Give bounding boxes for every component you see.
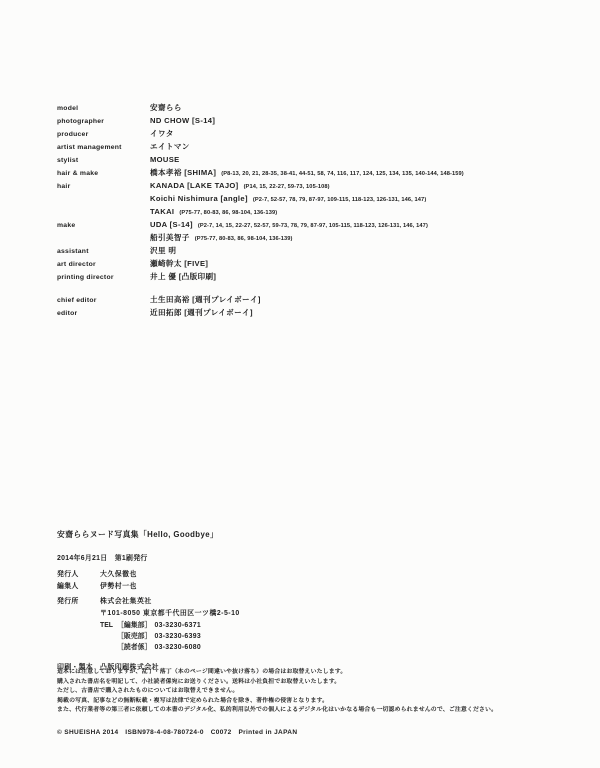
credit-row: chief editor 土生田高裕 [週刊プレイボーイ] <box>57 293 464 306</box>
tel-row: ［販売部］ 03-3230-6393 <box>100 631 240 642</box>
tel-number: 03-3230-6393 <box>154 631 201 642</box>
credit-label: hair & make <box>57 167 150 180</box>
credit-pages: (P75-77, 80-83, 86, 98-104, 136-139) <box>179 207 277 220</box>
colophon-page: model 安齋らら photographer ND CHOW [S-14] p… <box>0 0 600 768</box>
credit-name: 沢里 明 <box>150 244 176 257</box>
credit-row: model 安齋らら <box>57 101 464 114</box>
publication-row: 編集人 伊勢村一也 <box>57 581 240 593</box>
note-line: 造本には注意しておりますが、乱丁・落丁（本のページ間違いや抜け落ち）の場合はお取… <box>57 668 497 678</box>
book-title: 安齋ららヌード写真集「Hello, Goodbye」 <box>57 529 240 540</box>
publication-row: 発行人 大久保徹也 <box>57 569 240 581</box>
credit-name: 瀬崎幹太 [FIVE] <box>150 257 208 270</box>
credit-row: printing director 井上 優 [凸版印刷] <box>57 270 464 283</box>
credit-label: printing director <box>57 271 150 284</box>
credits-block: model 安齋らら photographer ND CHOW [S-14] p… <box>57 101 464 319</box>
publisher-address-row: 〒101-8050 東京都千代田区一ツ橋2-5-10 <box>100 608 240 620</box>
credit-row: art director 瀬崎幹太 [FIVE] <box>57 257 464 270</box>
publisher-label: 発行所 <box>57 596 100 608</box>
credit-pages: (P8-13, 20, 21, 28-35, 38-41, 44-51, 58,… <box>221 168 464 181</box>
credit-name: 橋本孝裕 [SHIMA] <box>150 166 216 179</box>
publication-person-name: 伊勢村一也 <box>100 581 137 593</box>
credit-name: 安齋らら <box>150 101 182 114</box>
credit-name: TAKAI <box>150 205 174 218</box>
spacer <box>57 283 464 293</box>
credit-label: make <box>57 219 150 232</box>
credit-row: artist management エイトマン <box>57 140 464 153</box>
publication-block: 安齋ららヌード写真集「Hello, Goodbye」 2014年6月21日 第1… <box>57 529 240 674</box>
credit-row: stylist MOUSE <box>57 153 464 166</box>
tel-number: 03-3230-6080 <box>154 642 201 653</box>
credit-label: producer <box>57 128 150 141</box>
publisher-section: 発行所 株式会社集英社 〒101-8050 東京都千代田区一ツ橋2-5-10 T… <box>57 596 240 653</box>
tel-dept: ［編集部］ <box>117 620 151 631</box>
credit-label: assistant <box>57 245 150 258</box>
credit-row: Koichi Nishimura [angle] (P2-7, 52-57, 7… <box>57 192 464 205</box>
credit-label: stylist <box>57 154 150 167</box>
publication-people: 発行人 大久保徹也 編集人 伊勢村一也 <box>57 569 240 593</box>
credit-label: chief editor <box>57 294 150 307</box>
credit-label: editor <box>57 307 150 320</box>
publication-role-label: 編集人 <box>57 581 100 593</box>
credit-name: イワタ <box>150 127 174 140</box>
credit-pages: (P75-77, 80-83, 86, 98-104, 136-139) <box>195 233 293 246</box>
note-line: 購入された書店名を明記して、小社読者係宛にお送りください。送料は小社負担でお取替… <box>57 678 497 688</box>
credit-name: 近田拓郎 [週刊プレイボーイ] <box>150 306 253 319</box>
note-line: ただし、古書店で購入されたものについてはお取替えできません。 <box>57 687 497 697</box>
credit-row: hair & make 橋本孝裕 [SHIMA] (P8-13, 20, 21,… <box>57 166 464 179</box>
publication-role-label: 発行人 <box>57 569 100 581</box>
credit-pages: (P2-7, 14, 15, 22-27, 52-57, 59-73, 78, … <box>198 220 428 233</box>
publisher-row: 発行所 株式会社集英社 <box>57 596 240 608</box>
credit-label: hair <box>57 180 150 193</box>
credit-row: producer イワタ <box>57 127 464 140</box>
credit-name: ND CHOW [S-14] <box>150 114 215 127</box>
credit-name: エイトマン <box>150 140 190 153</box>
tel-label: TEL <box>100 620 117 631</box>
tel-dept: ［販売部］ <box>117 631 151 642</box>
credit-row: editor 近田拓郎 [週刊プレイボーイ] <box>57 306 464 319</box>
publication-person-name: 大久保徹也 <box>100 569 137 581</box>
credit-label: art director <box>57 258 150 271</box>
credit-row: make UDA [S-14] (P2-7, 14, 15, 22-27, 52… <box>57 218 464 231</box>
print-date: 2014年6月21日 第1刷発行 <box>57 552 240 562</box>
credit-name: 井上 優 [凸版印刷] <box>150 270 216 283</box>
credit-name: MOUSE <box>150 153 180 166</box>
credit-label: artist management <box>57 141 150 154</box>
legal-notes: 造本には注意しておりますが、乱丁・落丁（本のページ間違いや抜け落ち）の場合はお取… <box>57 668 497 716</box>
credit-row: photographer ND CHOW [S-14] <box>57 114 464 127</box>
tel-dept: ［読者係］ <box>117 642 151 653</box>
copyright-isbn-line: © SHUEISHA 2014 ISBN978-4-08-780724-0 C0… <box>57 727 297 736</box>
note-line: また、代行業者等の第三者に依頼しての本書のデジタル化、私的利用以外での個人による… <box>57 706 497 716</box>
footer: © SHUEISHA 2014 ISBN978-4-08-780724-0 C0… <box>57 727 297 736</box>
note-line: 掲載の写真、記事などの無断転載・複写は法律で定められた場合を除き、著作権の侵害と… <box>57 697 497 707</box>
publisher-name: 株式会社集英社 <box>100 596 152 608</box>
credit-name: UDA [S-14] <box>150 218 193 231</box>
credit-pages: (P2-7, 52-57, 78, 79, 87-97, 109-115, 11… <box>253 194 426 207</box>
credit-name: Koichi Nishimura [angle] <box>150 192 248 205</box>
credit-name: 土生田高裕 [週刊プレイボーイ] <box>150 293 261 306</box>
tel-row: ［読者係］ 03-3230-6080 <box>100 642 240 653</box>
credit-name: 船引美智子 <box>150 231 190 244</box>
tel-row: TEL ［編集部］ 03-3230-6371 <box>100 620 240 631</box>
tel-number: 03-3230-6371 <box>154 620 201 631</box>
credit-label: model <box>57 102 150 115</box>
credit-name: KANADA [LAKE TAJO] <box>150 179 239 192</box>
credit-pages: (P14, 15, 22-27, 59-73, 105-108) <box>244 181 330 194</box>
publisher-address: 〒101-8050 東京都千代田区一ツ橋2-5-10 <box>100 608 240 620</box>
credit-label: photographer <box>57 115 150 128</box>
